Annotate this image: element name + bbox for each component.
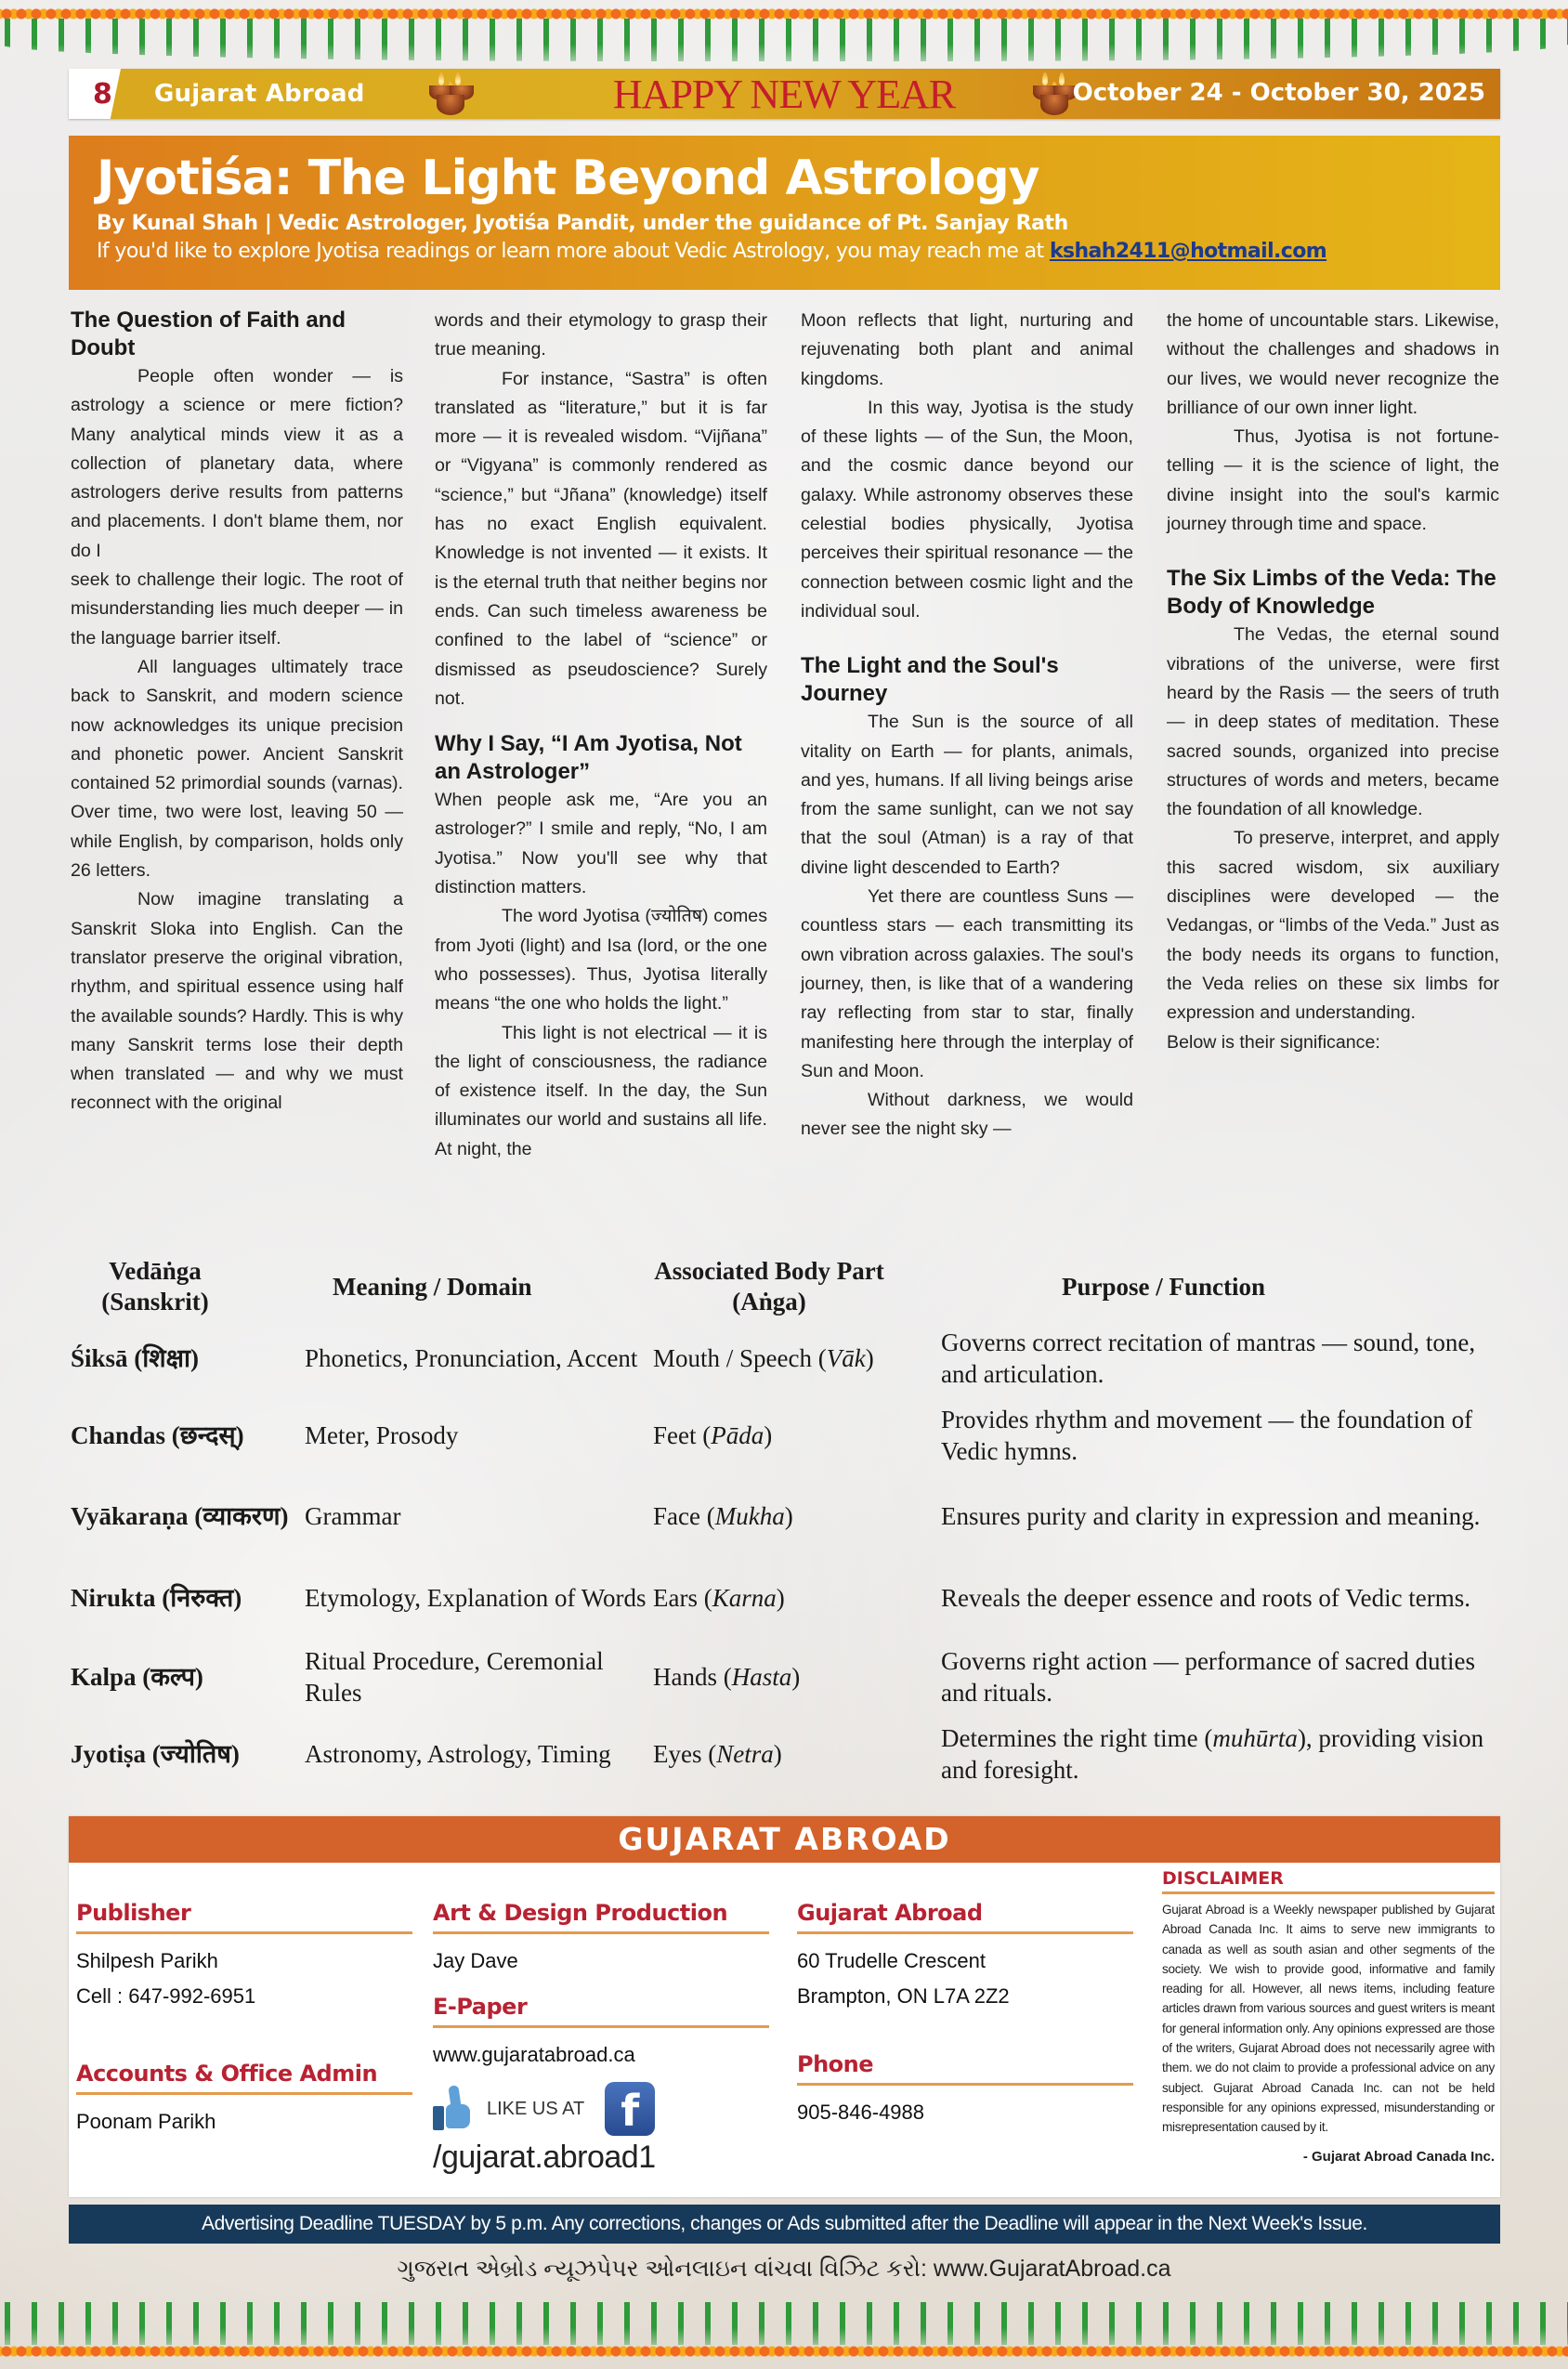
page-number: 8 [93, 78, 112, 111]
paragraph: The Sun is the source of all vitality on… [801, 708, 1133, 883]
phone-label: Phone [797, 2051, 1133, 2086]
table-row: Nirukta (निरुक्त) Etymology, Explanation… [71, 1557, 1501, 1639]
vedanga-name: Jyotiṣa (ज्योतिष) [71, 1738, 305, 1770]
vedanga-body-part: Face (Mukha) [653, 1500, 941, 1532]
paragraph: To preserve, interpret, and apply this s… [1167, 824, 1499, 1027]
vedanga-name: Nirukta (निरुक्त) [71, 1582, 305, 1614]
vedanga-body-part: Hands (Hasta) [653, 1661, 941, 1693]
vedanga-table: Vedāṅga (Sanskrit) Meaning / Domain Asso… [71, 1252, 1501, 1793]
office-label: Gujarat Abroad [797, 1900, 1133, 1934]
section-heading: The Light and the Soul's Journey [801, 652, 1133, 708]
publisher-cell: Cell : 647-992-6951 [76, 1979, 412, 2014]
paragraph: In this way, Jyotisa is the study of the… [801, 394, 1133, 626]
production-block: Art & Design Production Jay Dave E-Paper… [433, 1900, 769, 2176]
publication-info-box: GUJARAT ABROAD Publisher Shilpesh Parikh… [69, 1816, 1500, 2197]
office-block: Gujarat Abroad 60 Trudelle Crescent Bram… [797, 1900, 1133, 2130]
diya-lamp-icon [425, 72, 479, 117]
publisher-name: Shilpesh Parikh [76, 1944, 412, 1979]
article-contact: If you'd like to explore Jyotisa reading… [97, 240, 1500, 263]
paragraph: People often wonder — is astrology a sci… [71, 362, 403, 566]
paragraph: When people ask me, “Are you an astrolog… [435, 786, 767, 902]
vedanga-meaning: Meter, Prosody [305, 1420, 653, 1451]
vedanga-meaning: Astronomy, Astrology, Timing [305, 1738, 653, 1770]
vedanga-name: Vyākaraṇa (व्याकरण) [71, 1500, 305, 1532]
publisher-label: Publisher [76, 1900, 412, 1934]
masthead-bar: 8 Gujarat Abroad HAPPY NEW YEAR October … [69, 69, 1500, 119]
paragraph: The word Jyotisa (ज्योतिष) comes from Jy… [435, 902, 767, 1018]
accounts-label: Accounts & Office Admin [76, 2061, 412, 2095]
section-heading: Why I Say, “I Am Jyotisa, Not an Astrolo… [435, 730, 767, 786]
paragraph: words and their etymology to grasp their… [435, 307, 767, 365]
vedanga-name: Kalpa (कल्प) [71, 1661, 305, 1693]
mango-leaves [0, 2302, 1568, 2345]
table-row: Kalpa (कल्प) Ritual Procedure, Ceremonia… [71, 1639, 1501, 1715]
column-header: Associated Body Part (Aṅga) [653, 1256, 941, 1317]
epaper-url[interactable]: www.gujaratabroad.ca [433, 2037, 769, 2073]
page-number-box: 8 [69, 69, 121, 119]
advertising-deadline-bar: Advertising Deadline TUESDAY by 5 p.m. A… [69, 2205, 1500, 2244]
disclaimer-label: DISCLAIMER [1162, 1861, 1495, 1894]
contact-prefix: If you'd like to explore Jyotisa reading… [97, 240, 1050, 263]
vedanga-meaning: Grammar [305, 1500, 653, 1532]
disclaimer-text: Gujarat Abroad is a Weekly newspaper pub… [1162, 1900, 1498, 2138]
paragraph: Moon reflects that light, nurturing and … [801, 307, 1133, 394]
article-column-3: Moon reflects that light, nurturing and … [801, 307, 1133, 1145]
art-design-label: Art & Design Production [433, 1900, 769, 1934]
disclaimer-signature: - Gujarat Abroad Canada Inc. [1162, 2149, 1498, 2165]
paragraph: Without darkness, we would never see the… [801, 1086, 1133, 1145]
paragraph: Now imagine translating a Sanskrit Sloka… [71, 885, 403, 1118]
section-heading: The Question of Faith and Doubt [71, 307, 403, 362]
column-header: Meaning / Domain [305, 1272, 653, 1302]
paragraph: All languages ultimately trace back to S… [71, 653, 403, 885]
author-email-link[interactable]: kshah2411@hotmail.com [1050, 240, 1326, 263]
thumbs-up-icon [433, 2086, 470, 2132]
vedanga-purpose: Provides rhythm and movement — the found… [941, 1404, 1498, 1467]
table-row: Chandas (छन्दस्) Meter, Prosody Feet (Pā… [71, 1395, 1501, 1475]
vedanga-purpose: Reveals the deeper essence and roots of … [941, 1582, 1498, 1614]
masthead-title: HAPPY NEW YEAR [524, 74, 1044, 115]
table-header-row: Vedāṅga (Sanskrit) Meaning / Domain Asso… [71, 1252, 1501, 1321]
phone-number: 905-846-4988 [797, 2095, 1133, 2130]
bottom-garland-decoration [0, 2302, 1568, 2360]
facebook-icon[interactable]: f [605, 2082, 655, 2136]
footer-banner: GUJARAT ABROAD [69, 1816, 1500, 1863]
accounts-name: Poonam Parikh [76, 2104, 412, 2140]
paragraph: This light is not electrical — it is the… [435, 1019, 767, 1164]
paper-name: Gujarat Abroad [154, 80, 365, 108]
vedanga-meaning: Ritual Procedure, Ceremonial Rules [305, 1645, 653, 1708]
vedanga-body-part: Eyes (Netra) [653, 1738, 941, 1770]
issue-date-range: October 24 - October 30, 2025 [1073, 79, 1485, 107]
facebook-handle[interactable]: /gujarat.abroad1 [433, 2140, 769, 2176]
office-address-line1: 60 Trudelle Crescent [797, 1944, 1133, 1979]
article-column-1: The Question of Faith and Doubt People o… [71, 307, 403, 1119]
table-row: Śiksā (शिक्षा) Phonetics, Pronunciation,… [71, 1321, 1501, 1395]
facebook-like-block[interactable]: LIKE US AT f [433, 2082, 769, 2136]
article-column-2: words and their etymology to grasp their… [435, 307, 767, 1164]
vedanga-purpose: Governs correct recitation of mantras — … [941, 1327, 1498, 1390]
paragraph: seek to challenge their logic. The root … [71, 566, 403, 653]
vedanga-purpose: Governs right action — performance of sa… [941, 1645, 1498, 1708]
article-banner: Jyotiśa: The Light Beyond Astrology By K… [69, 136, 1500, 290]
paragraph: The Vedas, the eternal sound vibrations … [1167, 621, 1499, 824]
article-column-4: the home of uncountable stars. Likewise,… [1167, 307, 1499, 1057]
publisher-block: Publisher Shilpesh Parikh Cell : 647-992… [76, 1900, 412, 2140]
column-header: Vedāṅga (Sanskrit) [71, 1256, 305, 1317]
section-heading: The Six Limbs of the Veda: The Body of K… [1167, 565, 1499, 621]
vedanga-body-part: Mouth / Speech (Vāk) [653, 1342, 941, 1374]
office-address-line2: Brampton, ON L7A 2Z2 [797, 1979, 1133, 2014]
vedanga-name: Śiksā (शिक्षा) [71, 1342, 305, 1374]
paragraph: For instance, “Sastra” is often translat… [435, 365, 767, 714]
paragraph: Yet there are countless Suns — countless… [801, 883, 1133, 1086]
disclaimer-block: DISCLAIMER Gujarat Abroad is a Weekly ne… [1162, 1861, 1498, 2165]
vedanga-meaning: Etymology, Explanation of Words [305, 1582, 653, 1614]
top-garland-decoration [0, 7, 1568, 65]
visit-website-line: ગુજરાત એબ્રોડ ન્યૂઝપેપર ઓનલાઇન વાંચવા વિ… [0, 2256, 1568, 2283]
table-row: Jyotiṣa (ज्योतिष) Astronomy, Astrology, … [71, 1715, 1501, 1793]
paragraph: Below is their significance: [1167, 1028, 1499, 1057]
table-row: Vyākaraṇa (व्याकरण) Grammar Face (Mukha)… [71, 1475, 1501, 1557]
vedanga-purpose: Determines the right time (muhūrta), pro… [941, 1722, 1498, 1786]
article-title: Jyotiśa: The Light Beyond Astrology [97, 151, 1500, 206]
like-us-text: LIKE US AT [487, 2099, 584, 2120]
paragraph: Thus, Jyotisa is not fortune-telling — i… [1167, 423, 1499, 539]
vedanga-meaning: Phonetics, Pronunciation, Accent [305, 1342, 653, 1374]
vedanga-body-part: Ears (Karna) [653, 1582, 941, 1614]
marigold-beads [0, 2345, 1568, 2358]
epaper-label: E-Paper [433, 1994, 769, 2028]
mango-leaves [0, 19, 1568, 61]
article-byline: By Kunal Shah | Vedic Astrologer, Jyotiś… [97, 212, 1500, 235]
vedanga-body-part: Feet (Pāda) [653, 1420, 941, 1451]
paragraph: the home of uncountable stars. Likewise,… [1167, 307, 1499, 423]
vedanga-purpose: Ensures purity and clarity in expression… [941, 1500, 1498, 1532]
art-design-name: Jay Dave [433, 1944, 769, 1979]
vedanga-name: Chandas (छन्दस्) [71, 1420, 305, 1451]
column-header: Purpose / Function [941, 1272, 1498, 1302]
